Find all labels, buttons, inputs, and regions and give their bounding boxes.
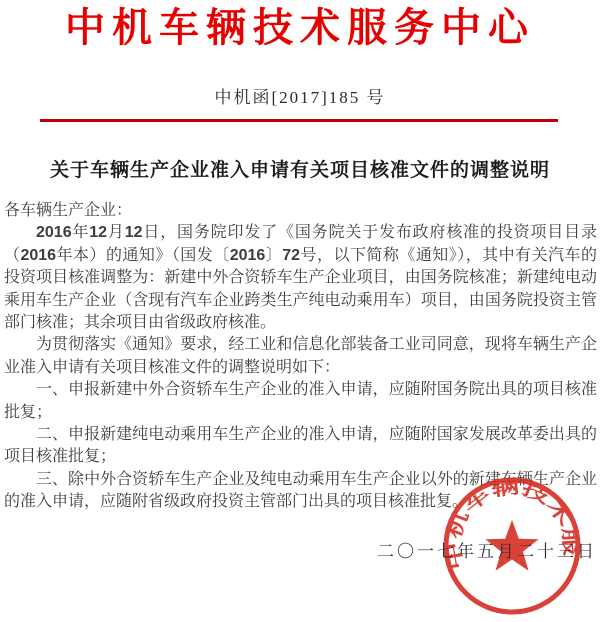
paragraph: 一、申报新建中外合资轿车生产企业的准入申请，应随附国务院出具的项目核准批复； bbox=[4, 379, 597, 424]
document-title: 关于车辆生产企业准入申请有关项目核准文件的调整说明 bbox=[0, 155, 600, 182]
official-document-page: 中机车辆技术服务中心 中机函[2017]185 号 关于车辆生产企业准入申请有关… bbox=[0, 0, 600, 622]
document-number: 中机函[2017]185 号 bbox=[0, 83, 600, 108]
paragraph: 2016年12月12日，国务院印发了《国务院关于发布政府核准的投资项目目录（20… bbox=[4, 222, 597, 334]
red-divider-line bbox=[40, 119, 558, 122]
salutation: 各车辆生产企业： bbox=[4, 200, 597, 222]
paragraph: 二、申报新建纯电动乘用车生产企业的准入申请，应随附国家发展改革委出具的项目核准批… bbox=[4, 424, 597, 469]
signature-date: 二〇一七年五月二十三日 bbox=[377, 537, 597, 562]
document-body: 各车辆生产企业： 2016年12月12日，国务院印发了《国务院关于发布政府核准的… bbox=[4, 200, 597, 514]
paragraph: 为贯彻落实《通知》要求，经工业和信息化部装备工业司同意，现将车辆生产企业准入申请… bbox=[4, 334, 597, 379]
letterhead-org-name: 中机车辆技术服务中心 bbox=[0, 0, 600, 51]
